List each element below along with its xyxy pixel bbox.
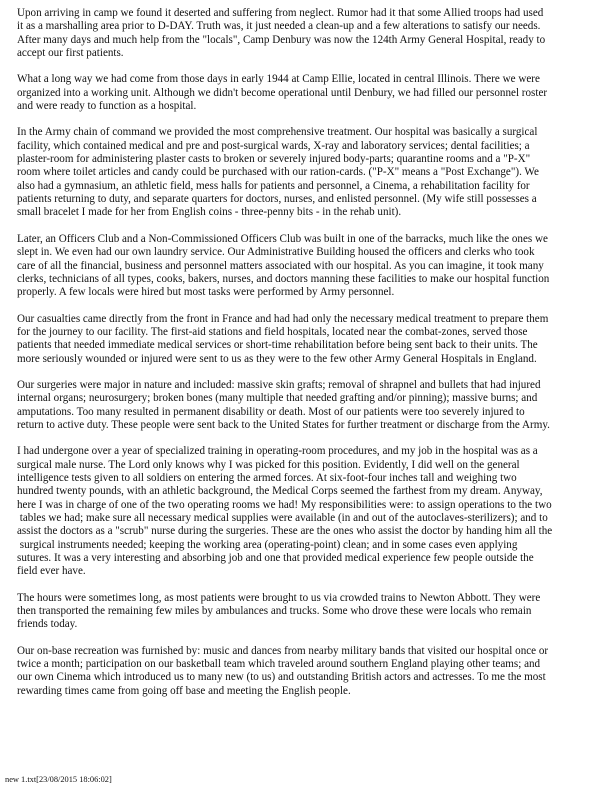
paragraph-casualties: Our casualties came directly from the fr… — [17, 313, 607, 366]
text-line: then transported the remaining few miles… — [17, 605, 607, 618]
paragraph-facilities: In the Army chain of command we provided… — [17, 126, 607, 219]
text-line: for the journey to our facility. The fir… — [17, 326, 607, 339]
paragraph-surgical-nurse: I had undergone over a year of specializ… — [17, 445, 607, 578]
text-line: room where toilet articles and candy cou… — [17, 166, 607, 179]
text-line: field ever have. — [17, 565, 607, 578]
text-line: The hours were sometimes long, as most p… — [17, 592, 607, 605]
paragraph-surgeries: Our surgeries were major in nature and i… — [17, 379, 607, 432]
text-line: and were ready to function as a hospital… — [17, 100, 607, 113]
text-line: Later, an Officers Club and a Non-Commis… — [17, 233, 607, 246]
text-line: Our on-base recreation was furnished by:… — [17, 645, 607, 658]
text-line: twice a month; participation on our bask… — [17, 658, 607, 671]
text-line: patients that needed immediate medical s… — [17, 339, 607, 352]
text-line: return to active duty. These people were… — [17, 419, 607, 432]
text-line: surgical instruments needed; keeping the… — [17, 539, 607, 552]
text-line: internal organs; neurosurgery; broken bo… — [17, 392, 607, 405]
text-line: our own Cinema which introduced us to ma… — [17, 671, 607, 684]
text-line: Upon arriving in camp we found it desert… — [17, 7, 607, 20]
text-line: also had a gymnasium, an athletic field,… — [17, 180, 607, 193]
text-line: tables we had; make sure all necessary m… — [17, 512, 607, 525]
text-line: intelligence tests given to all soldiers… — [17, 472, 607, 485]
paragraph-camp-ellie: What a long way we had come from those d… — [17, 73, 607, 113]
text-line: surgical male nurse. The Lord only knows… — [17, 459, 607, 472]
text-line: amputations. Too many resulted in perman… — [17, 406, 607, 419]
paragraph-arrival: Upon arriving in camp we found it desert… — [17, 7, 607, 60]
text-line: friends today. — [17, 618, 607, 631]
text-line: more seriously wounded or injured were s… — [17, 353, 607, 366]
paragraph-recreation: Our on-base recreation was furnished by:… — [17, 645, 607, 698]
text-line: Our casualties came directly from the fr… — [17, 313, 607, 326]
text-line: I had undergone over a year of specializ… — [17, 445, 607, 458]
text-line: slept in. We even had our own laundry se… — [17, 246, 607, 259]
text-line: organized into a working unit. Although … — [17, 87, 607, 100]
print-footer: new 1.txt[23/08/2015 18:06:02] — [5, 775, 112, 785]
text-line: here I was in charge of one of the two o… — [17, 499, 607, 512]
text-line: clerks, technicians of all types, cooks,… — [17, 273, 607, 286]
text-line: hundred twenty pounds, with an athletic … — [17, 485, 607, 498]
text-line: sutures. It was a very interesting and a… — [17, 552, 607, 565]
text-line: accept our first patients. — [17, 47, 607, 60]
text-line: What a long way we had come from those d… — [17, 73, 607, 86]
text-line: patients returning to duty, and separate… — [17, 193, 607, 206]
paragraph-hours: The hours were sometimes long, as most p… — [17, 592, 607, 632]
text-line: it as a marshalling area prior to D-DAY.… — [17, 20, 607, 33]
text-line: In the Army chain of command we provided… — [17, 126, 607, 139]
text-line: rewarding times came from going off base… — [17, 685, 607, 698]
text-line: small bracelet I made for her from Engli… — [17, 206, 607, 219]
document-page: Upon arriving in camp we found it desert… — [17, 7, 607, 711]
paragraph-officers-club: Later, an Officers Club and a Non-Commis… — [17, 233, 607, 300]
text-line: properly. A few locals were hired but mo… — [17, 286, 607, 299]
text-line: Our surgeries were major in nature and i… — [17, 379, 607, 392]
text-line: After many days and much help from the "… — [17, 34, 607, 47]
text-line: plaster-room for administering plaster c… — [17, 153, 607, 166]
text-line: facility, which contained medical and pr… — [17, 140, 607, 153]
text-line: care of all the financial, business and … — [17, 260, 607, 273]
text-line: assist the doctors as a "scrub" nurse du… — [17, 525, 607, 538]
